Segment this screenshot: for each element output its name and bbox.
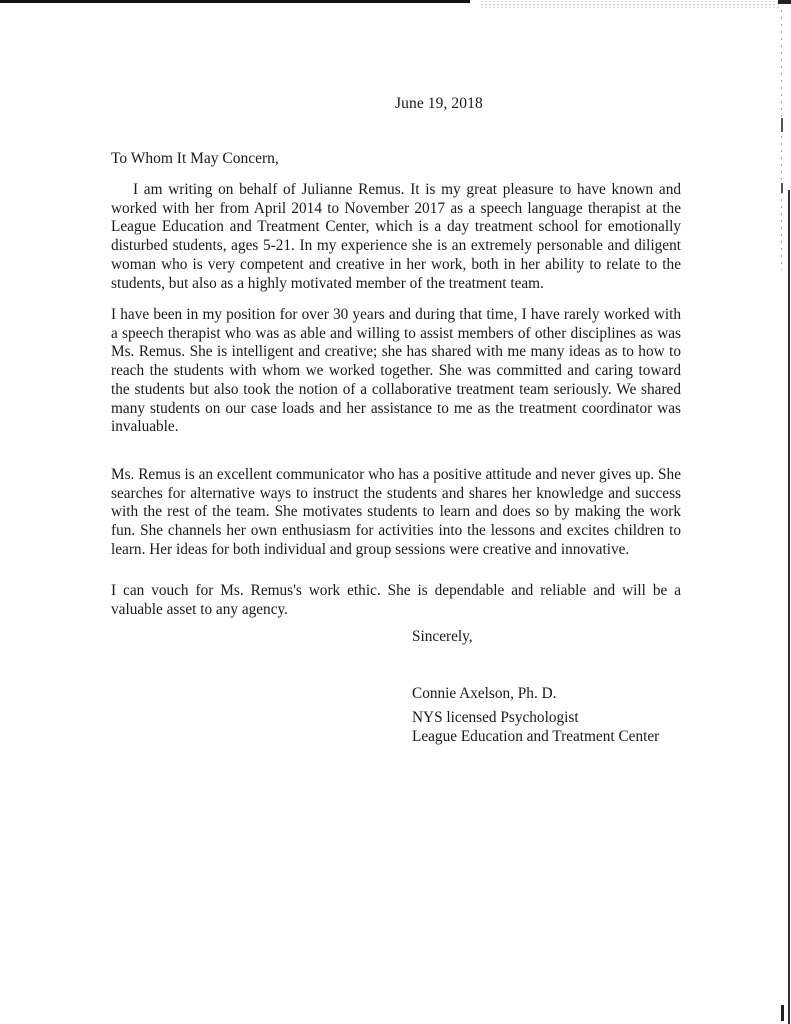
salutation: To Whom It May Concern, — [111, 150, 279, 168]
letter-page: June 19, 2018 To Whom It May Concern, I … — [0, 0, 791, 1024]
body-paragraph: I have been in my position for over 30 y… — [111, 306, 681, 437]
signer-title: NYS licensed Psychologist — [412, 709, 579, 728]
scan-noise-top — [480, 0, 780, 10]
scan-edge-right — [788, 190, 790, 1024]
letter-date: June 19, 2018 — [395, 95, 483, 113]
scan-mark-right — [781, 118, 783, 132]
body-paragraph: I am writing on behalf of Julianne Remus… — [111, 181, 681, 293]
body-paragraph: Ms. Remus is an excellent communicator w… — [111, 466, 681, 560]
scan-mark-right — [781, 183, 783, 193]
signer-name: Connie Axelson, Ph. D. — [412, 685, 556, 704]
body-paragraph: I can vouch for Ms. Remus's work ethic. … — [111, 582, 681, 619]
signer-organization: League Education and Treatment Center — [412, 728, 659, 747]
scan-dots-right — [781, 10, 782, 270]
scan-edge-top — [0, 0, 470, 3]
scan-mark-bottom — [781, 1005, 784, 1021]
scan-corner-mark — [778, 0, 791, 4]
closing: Sincerely, — [412, 628, 473, 647]
